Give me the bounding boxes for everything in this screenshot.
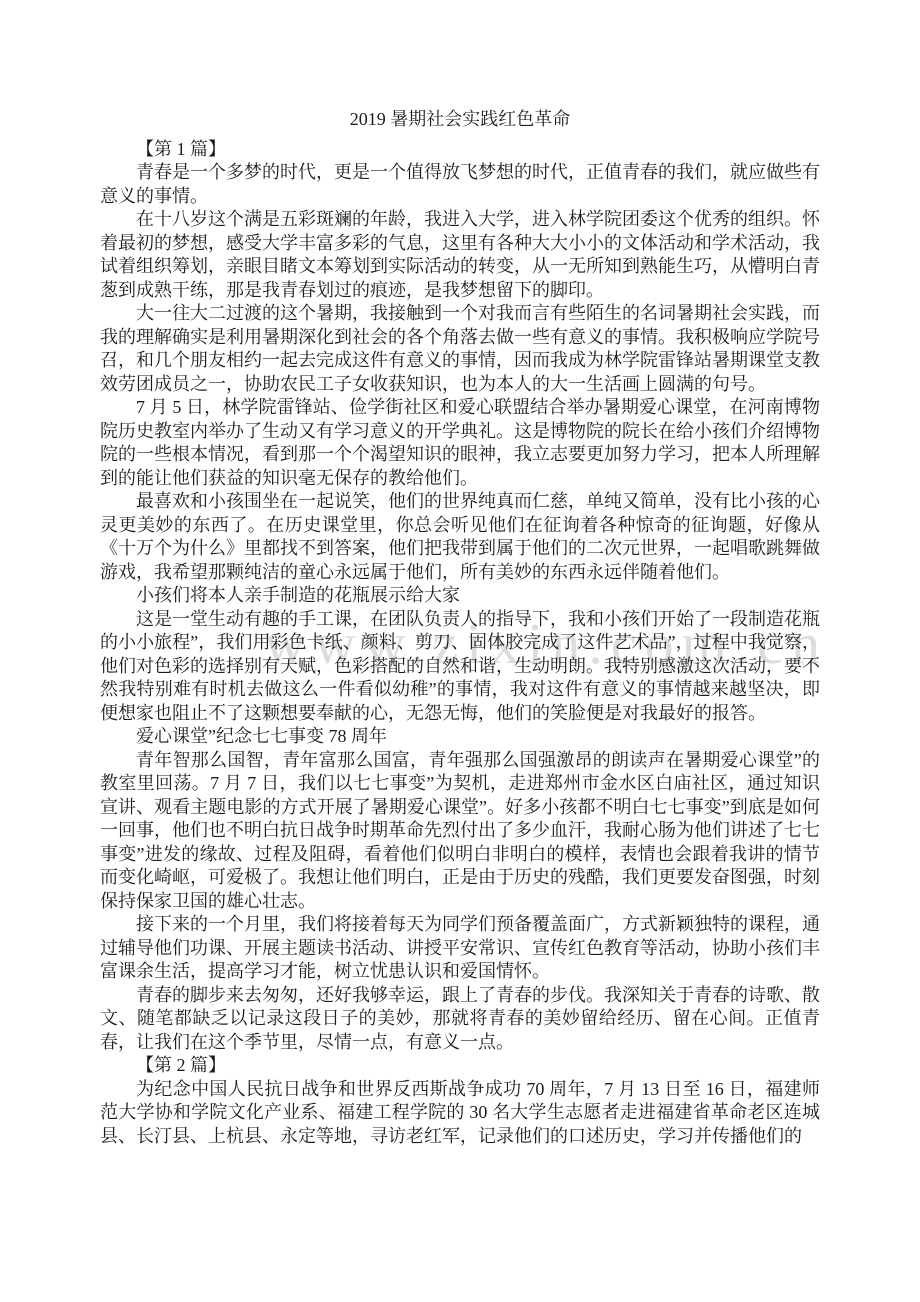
document-content: 2019 暑期社会实践红色革命 【第 1 篇】青春是一个多梦的时代，更是一个值得… (100, 108, 820, 1148)
paragraph: 在十八岁这个满是五彩斑斓的年龄，我进入大学，进入林学院团委这个优秀的组织。怀着最… (100, 208, 820, 302)
section-heading: 【第 2 篇】 (100, 1054, 820, 1078)
paragraph: 最喜欢和小孩围坐在一起说笑，他们的世界纯真而仁慈，单纯又简单，没有比小孩的心灵更… (100, 490, 820, 584)
document-body: 【第 1 篇】青春是一个多梦的时代，更是一个值得放飞梦想的时代，正值青春的我们，… (100, 138, 820, 1149)
paragraph: 小孩们将本人亲手制造的花瓶展示给大家 (100, 584, 820, 608)
document-page: www.zixin.com.cn 2019 暑期社会实践红色革命 【第 1 篇】… (0, 0, 920, 1302)
paragraph: 这是一堂生动有趣的手工课，在团队负责人的指导下，我和小孩们开始了一段制造花瓶的小… (100, 608, 820, 726)
paragraph: 青春的脚步来去匆匆，还好我够幸运，跟上了青春的步伐。我深知关于青春的诗歌、散文、… (100, 984, 820, 1055)
document-title: 2019 暑期社会实践红色革命 (100, 108, 820, 132)
paragraph: 爱心课堂”纪念七七事变 78 周年 (100, 725, 820, 749)
paragraph: 青年智那么国智，青年富那么国富，青年强那么国强激昂的朗读声在暑期爱心课堂”的教室… (100, 749, 820, 914)
paragraph: 为纪念中国人民抗日战争和世界反西斯战争成功 70 周年，7 月 13 日至 16… (100, 1078, 820, 1149)
paragraph: 7 月 5 日，林学院雷锋站、俭学街社区和爱心联盟结合举办暑期爱心课堂，在河南博… (100, 396, 820, 490)
paragraph: 大一往大二过渡的这个暑期，我接触到一个对我而言有些陌生的名词暑期社会实践，而我的… (100, 302, 820, 396)
paragraph: 接下来的一个月里，我们将接着每天为同学们预备覆盖面广，方式新颖独特的课程，通过辅… (100, 913, 820, 984)
section-heading: 【第 1 篇】 (100, 138, 820, 162)
paragraph: 青春是一个多梦的时代，更是一个值得放飞梦想的时代，正值青春的我们，就应做些有意义… (100, 161, 820, 208)
